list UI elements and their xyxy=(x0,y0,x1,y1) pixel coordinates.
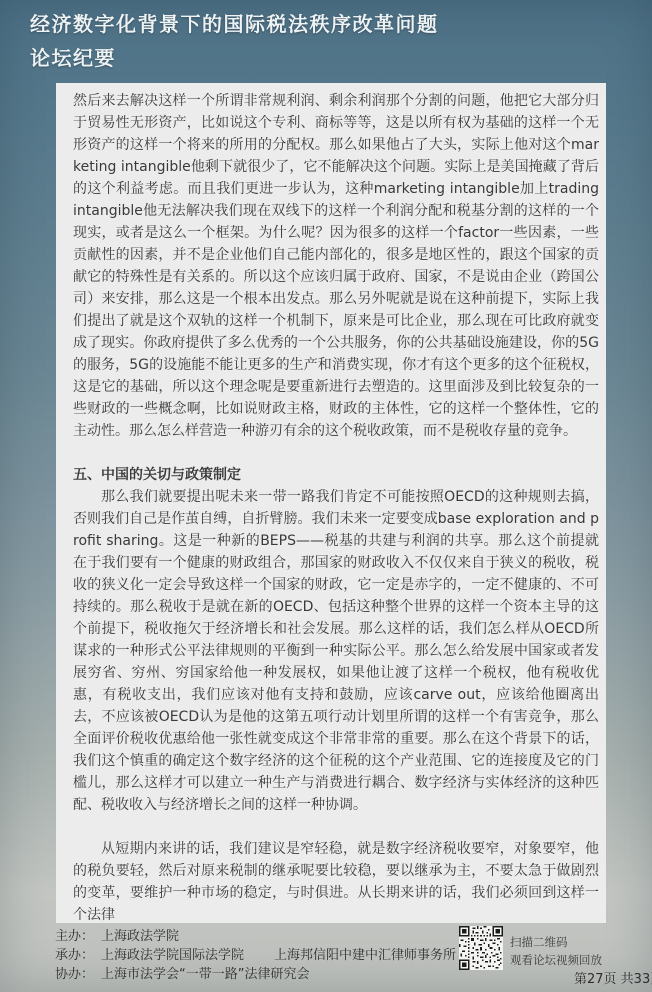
document-header: 经济数字化背景下的国际税法秩序改革问题 论坛纪要 xyxy=(30,7,439,75)
qr-caption-line2: 观看论坛视频回放 xyxy=(510,951,602,969)
host-label: 主办： xyxy=(55,929,94,944)
co-organizer-label: 协办： xyxy=(55,967,94,982)
page-subtitle: 论坛纪要 xyxy=(30,41,439,75)
organizer-name-2: 上海邦信阳中建中汇律师事务所 xyxy=(274,948,456,963)
section-heading: 五、中国的关切与政策制定 xyxy=(73,464,599,486)
page-background: 经济数字化背景下的国际税法秩序改革问题 论坛纪要 然后来去解决这样一个所谓非常规… xyxy=(0,0,652,992)
page-indicator: 第27页 共33页 xyxy=(574,968,652,987)
paragraph-continuation: 然后来去解决这样一个所谓非常规利润、剩余利润那个分割的问题，他把它大部分归于贸易… xyxy=(73,90,599,442)
co-organizer-line: 协办：上海市法学会“一带一路”法律研究会 xyxy=(55,965,456,984)
qr-caption: 扫描二维码 观看论坛视频回放 xyxy=(510,933,602,969)
co-organizer-name: 上海市法学会“一带一路”法律研究会 xyxy=(101,967,309,982)
paragraph-china-policy: 那么我们就要提出呢未来一带一路我们肯定不可能按照OECD的这种规则去搞，否则我们… xyxy=(73,486,599,816)
organizer-label: 承办： xyxy=(55,948,94,963)
organizer-block: 主办：上海政法学院 承办：上海政法学院国际法学院上海邦信阳中建中汇律师事务所 协… xyxy=(55,927,456,984)
qr-code-icon xyxy=(459,926,503,970)
qr-caption-line1: 扫描二维码 xyxy=(510,933,602,951)
host-line: 主办：上海政法学院 xyxy=(55,927,456,946)
content-sheet: 然后来去解决这样一个所谓非常规利润、剩余利润那个分割的问题，他把它大部分归于贸易… xyxy=(56,83,606,923)
page-title: 经济数字化背景下的国际税法秩序改革问题 xyxy=(30,7,439,41)
organizer-name-1: 上海政法学院国际法学院 xyxy=(101,948,244,963)
organizer-line: 承办：上海政法学院国际法学院上海邦信阳中建中汇律师事务所 xyxy=(55,946,456,965)
host-name: 上海政法学院 xyxy=(101,929,179,944)
paragraph-short-term: 从短期内来讲的话，我们建议是窄轻稳，就是数字经济税收要窄，对象要窄，他的税负要轻… xyxy=(73,838,599,926)
